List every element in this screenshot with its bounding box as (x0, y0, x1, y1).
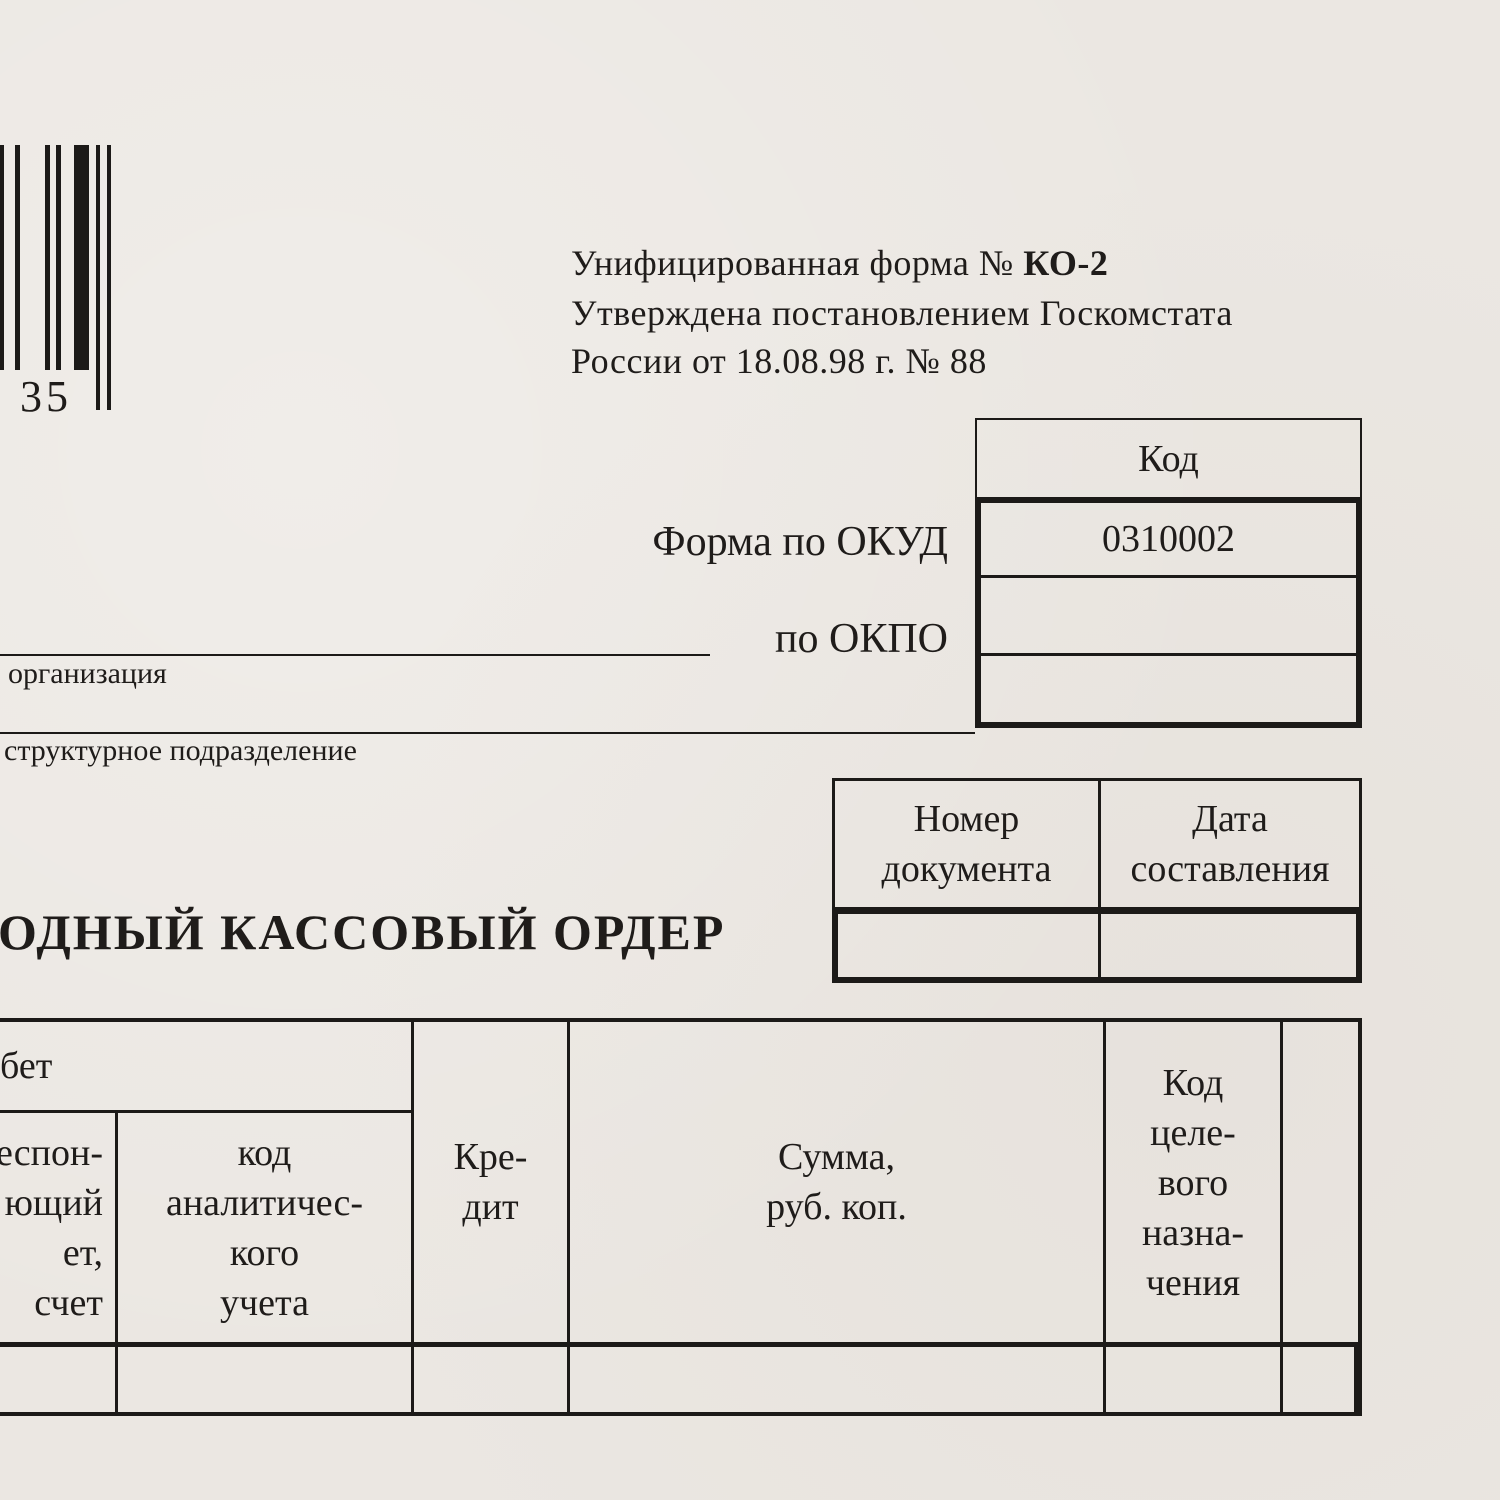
form-number: КО-2 (1023, 243, 1108, 283)
corresponding-account-header: еспон- ющий ет, счет (0, 1113, 103, 1342)
document-number-header: Номердокумента (835, 781, 1098, 907)
analytic-code-header: код аналитичес- кого учета (118, 1113, 411, 1342)
document-number-date-box: Номердокумента Датасоставления (832, 778, 1362, 983)
main-table: бет еспон- ющий ет, счет код аналитичес-… (0, 1018, 1362, 1416)
approval-date-line: России от 18.08.98 г. № 88 (571, 343, 987, 379)
last-column-header (1283, 1022, 1354, 1342)
corresponding-account-cell[interactable] (0, 1347, 115, 1412)
purpose-code-header: Код целе- вого назна- чения (1106, 1022, 1280, 1342)
purpose-code-cell[interactable] (1106, 1347, 1280, 1412)
credit-header: Кре- дит (414, 1022, 567, 1342)
document-number-field[interactable] (835, 914, 1098, 980)
debit-header: бет (0, 1022, 80, 1110)
division-caption: структурное подразделение (4, 734, 357, 768)
sum-header: Сумма, руб. коп. (570, 1022, 1103, 1342)
okpo-label: по ОКПО (775, 615, 948, 663)
extra-code-cell[interactable] (981, 656, 1356, 722)
last-column-cell[interactable] (1283, 1347, 1350, 1412)
okpo-code-cell[interactable] (981, 578, 1356, 656)
okpo-code-value (981, 578, 1356, 653)
sum-cell[interactable] (570, 1347, 1103, 1412)
credit-cell[interactable] (414, 1347, 567, 1412)
form-unified-line: Унифицированная форма № КО-2 (571, 245, 1108, 281)
code-header: Код (977, 420, 1360, 498)
code-box: 0310002 (975, 497, 1362, 728)
organization-caption: организация (8, 657, 167, 691)
barcode-digits: 35 (20, 375, 72, 419)
document-date-header: Датасоставления (1101, 781, 1359, 907)
analytic-code-cell[interactable] (118, 1347, 411, 1412)
okud-code-cell[interactable]: 0310002 (981, 503, 1356, 578)
okud-code-value: 0310002 (981, 503, 1356, 575)
approved-line: Утверждена постановлением Госкомстата (571, 295, 1233, 331)
code-header-cell: Код (975, 418, 1362, 498)
form-unified-prefix: Унифицированная форма № (571, 243, 1023, 283)
document-title: ОДНЫЙ КАССОВЫЙ ОРДЕР (0, 903, 725, 961)
okud-label: Форма по ОКУД (652, 518, 948, 566)
document-date-field[interactable] (1101, 914, 1359, 980)
extra-code-value (981, 656, 1356, 722)
organization-field[interactable] (0, 654, 710, 656)
